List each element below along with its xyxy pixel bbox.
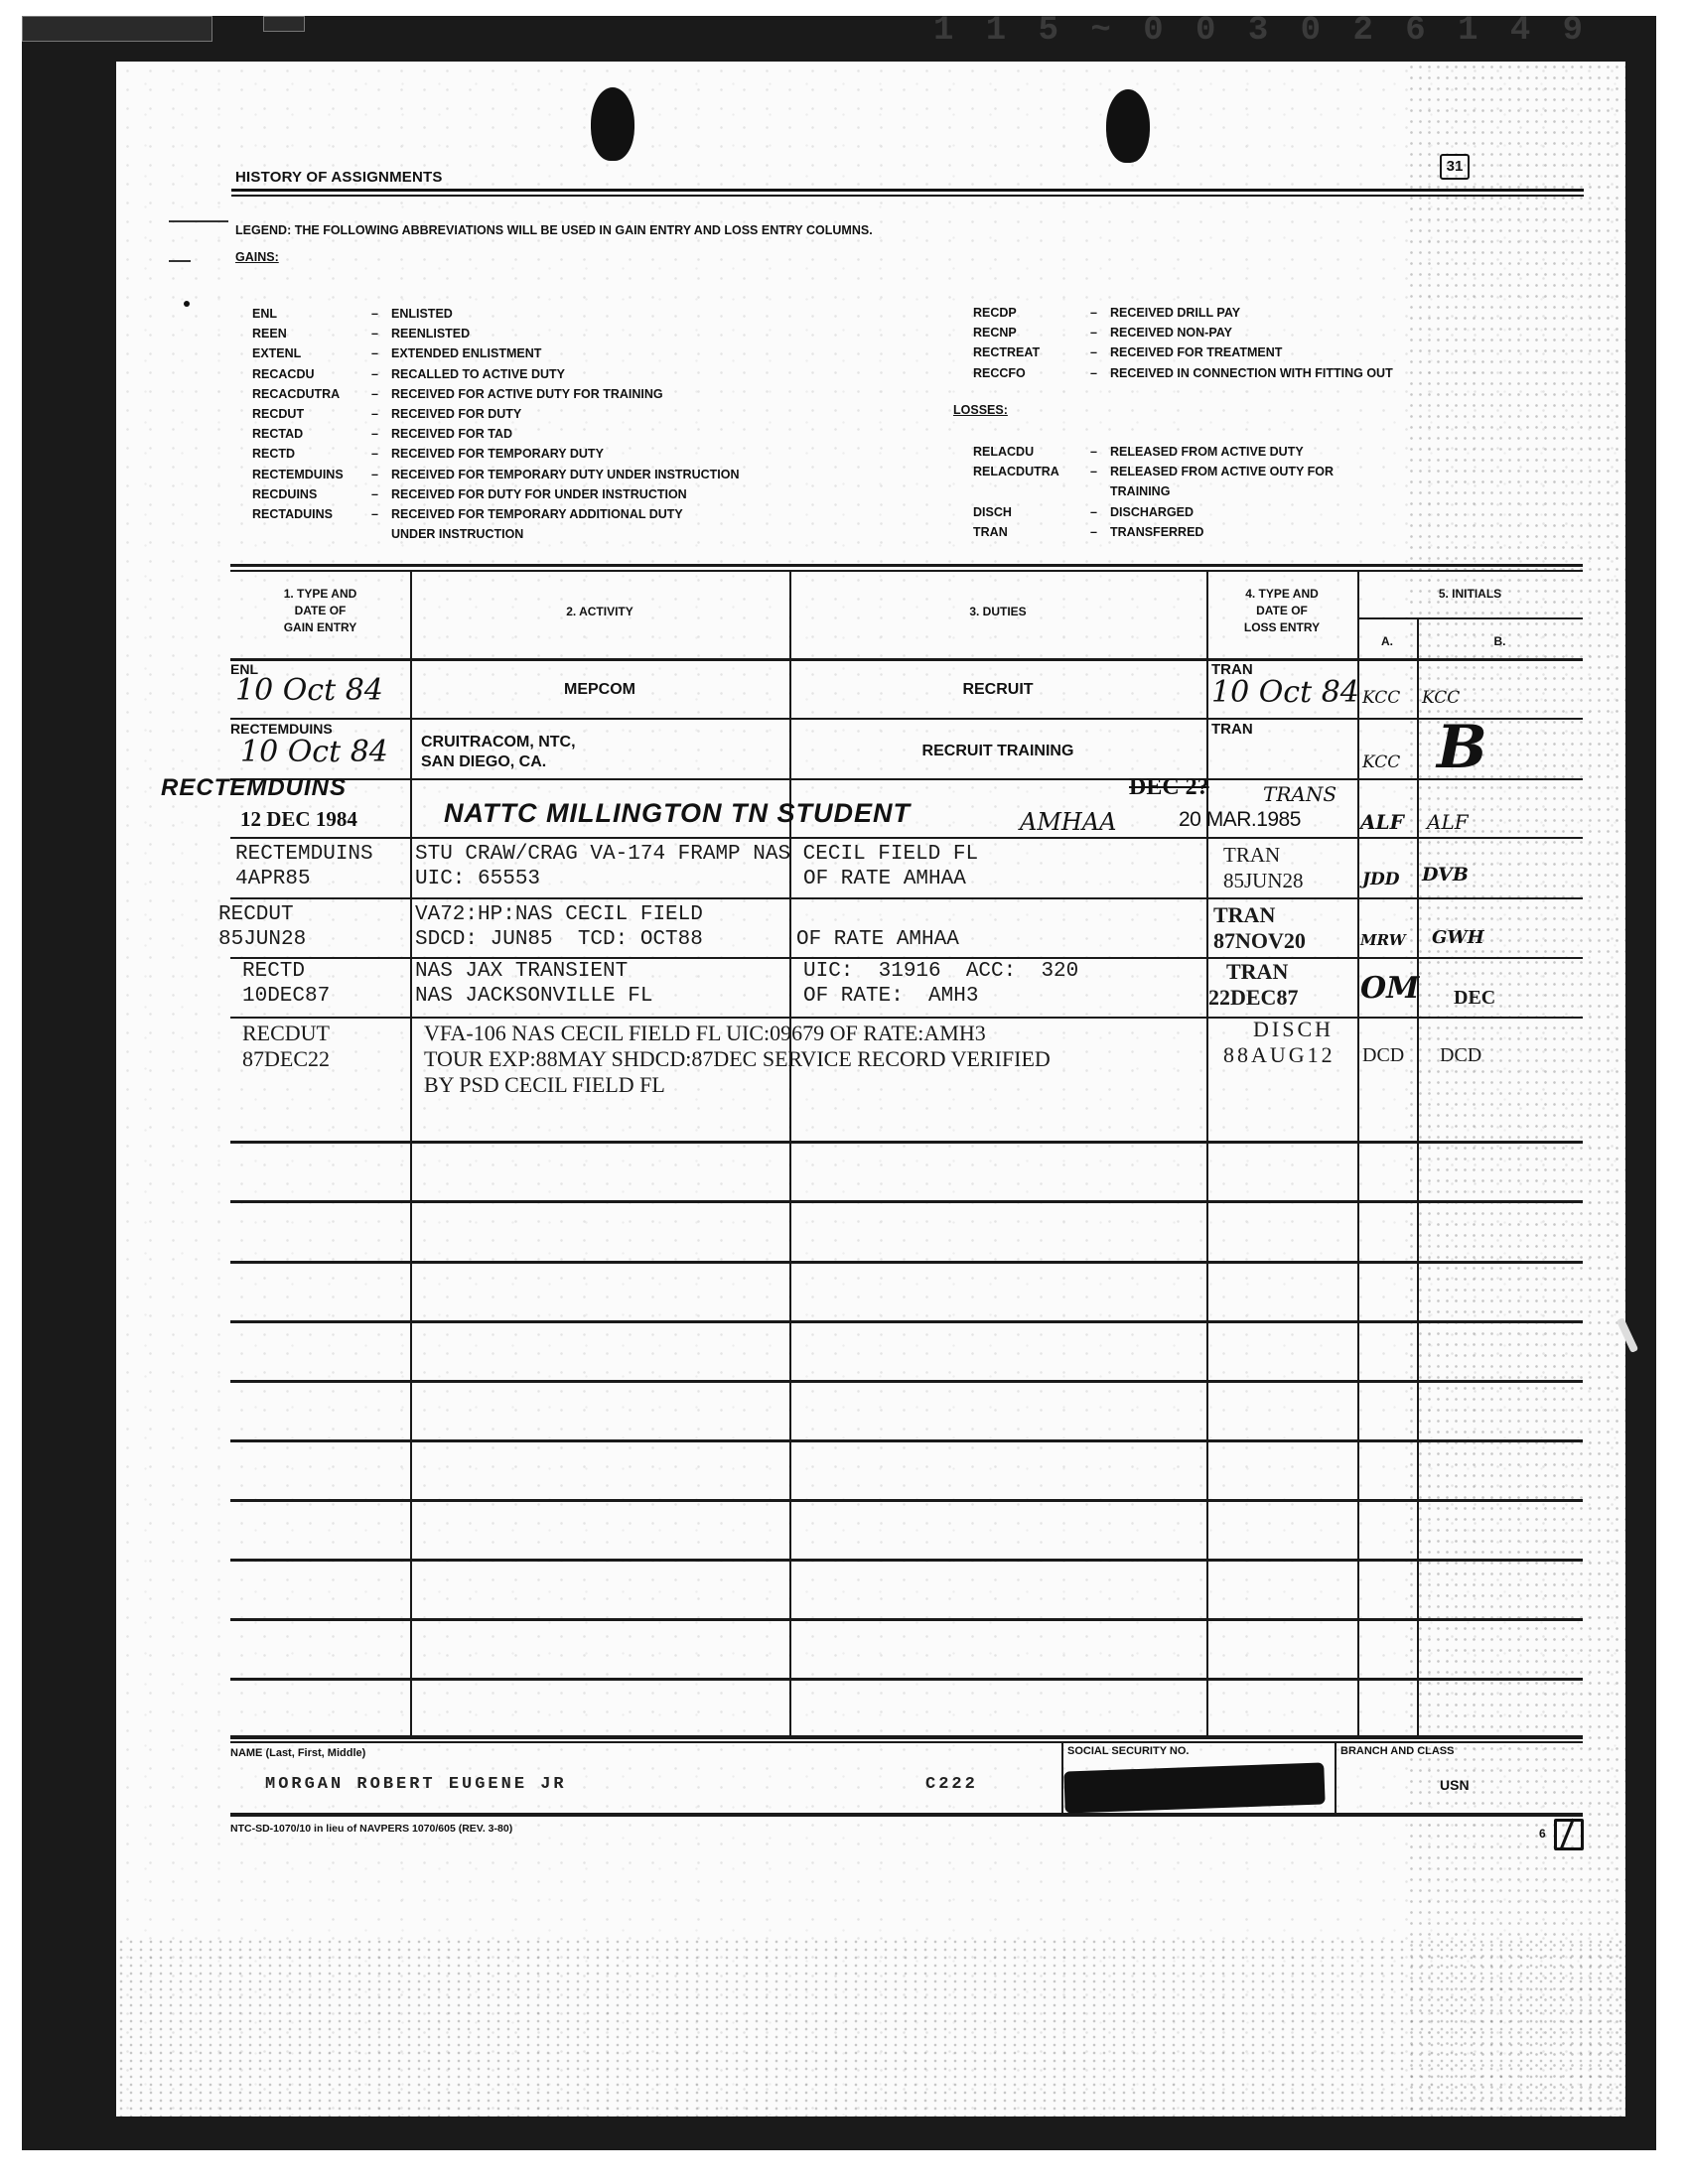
initials-a: KCC bbox=[1362, 688, 1400, 708]
table-rule bbox=[230, 1618, 1583, 1621]
activity-stamp: NATTC MILLINGTON TN STUDENT bbox=[444, 798, 911, 829]
page-number-box: 31 bbox=[1440, 154, 1470, 180]
legend-row: DISCH–DISCHARGED bbox=[973, 502, 1334, 522]
table-rule bbox=[230, 570, 1583, 572]
duties: UIC: 31916 ACC: 320OF RATE: AMH3 bbox=[803, 959, 1078, 1009]
legend-row: RECACDUTRA–RECEIVED FOR ACTIVE DUTY FOR … bbox=[252, 384, 740, 404]
name-value: MORGAN ROBERT EUGENE JR bbox=[265, 1775, 567, 1794]
column-divider bbox=[1357, 572, 1359, 1737]
top-stamp: 1 1 5 ~ 0 0 3 0 2 6 1 4 9 bbox=[933, 12, 1589, 50]
margin-mark bbox=[169, 260, 191, 262]
table-rule bbox=[230, 1200, 1583, 1203]
table-rule bbox=[230, 1741, 1583, 1743]
initials-b: B bbox=[1437, 713, 1487, 782]
legend-row: TRAN–TRANSFERRED bbox=[973, 522, 1334, 542]
initials-b: DVB bbox=[1422, 864, 1469, 886]
punch-hole-icon bbox=[591, 87, 634, 161]
header-duties: 3. DUTIES bbox=[789, 604, 1206, 620]
legend-text: LEGEND: THE FOLLOWING ABBREVIATIONS WILL… bbox=[235, 223, 873, 237]
scan-noise-bottom bbox=[116, 1938, 1625, 2116]
margin-dot bbox=[184, 301, 190, 307]
legend-row: RECTREAT–RECEIVED FOR TREATMENT bbox=[973, 342, 1393, 362]
legend-row: REEN–REENLISTED bbox=[252, 324, 740, 343]
loss-date-handwritten: 10 Oct 84 bbox=[1211, 675, 1359, 710]
document-title: HISTORY OF ASSIGNMENTS bbox=[235, 169, 443, 186]
duties: RECRUIT bbox=[789, 681, 1206, 699]
table-rule bbox=[230, 564, 1583, 567]
initials-a: MRW bbox=[1360, 931, 1406, 949]
gain-entry: RECDUT85JUN28 bbox=[218, 902, 306, 952]
loss-type-stamp: DEC 2? bbox=[1129, 774, 1209, 801]
legend-row: RECTEMDUINS–RECEIVED FOR TEMPORARY DUTY … bbox=[252, 465, 740, 484]
activity: MEPCOM bbox=[410, 681, 789, 699]
header-initials-b: B. bbox=[1417, 633, 1583, 650]
losses-heading: LOSSES: bbox=[953, 403, 1008, 417]
initials-b: KCC bbox=[1422, 688, 1460, 708]
legend-row: RECDP–RECEIVED DRILL PAY bbox=[973, 303, 1393, 323]
initials-b: GWH bbox=[1432, 927, 1484, 948]
legend-row: RELACDUTRA–RELEASED FROM ACTIVE OUTY FOR bbox=[973, 462, 1334, 481]
legend-row: UNDER INSTRUCTION bbox=[252, 524, 740, 544]
header-activity: 2. ACTIVITY bbox=[410, 604, 789, 620]
legend-row: RECCFO–RECEIVED IN CONNECTION WITH FITTI… bbox=[973, 363, 1393, 383]
initials-b: ALF bbox=[1427, 810, 1469, 834]
table-rule bbox=[230, 1380, 1583, 1383]
legend-row: RECACDU–RECALLED TO ACTIVE DUTY bbox=[252, 364, 740, 384]
name-code: C222 bbox=[925, 1775, 978, 1794]
table-rule bbox=[230, 1735, 1583, 1739]
loss-entry: TRAN87NOV20 bbox=[1213, 902, 1306, 954]
table-rule bbox=[230, 1141, 1583, 1144]
loss-entry: TRAN85JUN28 bbox=[1223, 842, 1304, 893]
branch-label: BRANCH AND CLASS bbox=[1340, 1745, 1454, 1757]
header-gain-entry: 1. TYPE AND DATE OF GAIN ENTRY bbox=[230, 586, 410, 636]
column-divider bbox=[410, 572, 412, 1737]
table-rule bbox=[230, 1439, 1583, 1442]
table-rule bbox=[230, 1017, 1583, 1019]
gains-heading: GAINS: bbox=[235, 250, 279, 264]
punch-hole-icon bbox=[1106, 89, 1150, 163]
table-rule bbox=[230, 837, 1583, 839]
header-initials: 5. INITIALS bbox=[1357, 586, 1583, 603]
ssn-label: SOCIAL SECURITY NO. bbox=[1067, 1745, 1189, 1757]
duties: OF RATE AMHAA bbox=[796, 927, 959, 952]
gain-date-stamp: 12 DEC 1984 bbox=[240, 807, 357, 832]
legend-row: EXTENL–EXTENDED ENLISTMENT bbox=[252, 343, 740, 363]
initials-a: DCD bbox=[1362, 1042, 1404, 1068]
duties-handwritten: AMHAA bbox=[1020, 808, 1117, 836]
table-rule bbox=[230, 658, 1583, 661]
activity: VA72:HP:NAS CECIL FIELDSDCD: JUN85 TCD: … bbox=[415, 902, 703, 952]
gain-date-handwritten: 10 Oct 84 bbox=[235, 673, 383, 708]
title-rule bbox=[231, 189, 1584, 192]
losses-list: RELACDU–RELEASED FROM ACTIVE DUTY RELACD… bbox=[973, 442, 1334, 542]
column-divider bbox=[1417, 618, 1419, 1737]
gain-entry: RECTD10DEC87 bbox=[242, 959, 330, 1009]
initials-a: OM bbox=[1360, 971, 1419, 1006]
table-rule bbox=[230, 1499, 1583, 1502]
table-rule bbox=[230, 718, 1583, 720]
scan-frame-tab bbox=[22, 16, 212, 42]
duties: RECRUIT TRAINING bbox=[789, 743, 1206, 760]
name-label: NAME (Last, First, Middle) bbox=[230, 1747, 365, 1759]
legend-row: RECNP–RECEIVED NON-PAY bbox=[973, 323, 1393, 342]
legend-row: RECTD–RECEIVED FOR TEMPORARY DUTY bbox=[252, 444, 740, 464]
table-rule bbox=[230, 778, 1583, 780]
corner-checkbox-icon bbox=[1554, 1819, 1584, 1850]
legend-row: ENL–ENLISTED bbox=[252, 304, 740, 324]
loss-note-handwritten: TRANS bbox=[1263, 782, 1336, 806]
header-loss-entry: 4. TYPE AND DATE OF LOSS ENTRY bbox=[1206, 586, 1357, 636]
branch-value: USN bbox=[1440, 1777, 1470, 1793]
gain-date-handwritten: 10 Oct 84 bbox=[240, 735, 388, 769]
footer-divider bbox=[1335, 1741, 1336, 1813]
legend-row: RECTADUINS–RECEIVED FOR TEMPORARY ADDITI… bbox=[252, 504, 740, 524]
page-mark: 6 bbox=[1539, 1827, 1546, 1841]
initials-b: DCD bbox=[1440, 1042, 1481, 1068]
loss-entry: TRAN22DEC87 bbox=[1208, 959, 1298, 1011]
gains-list-right: RECDP–RECEIVED DRILL PAY RECNP–RECEIVED … bbox=[973, 303, 1393, 383]
table-rule bbox=[230, 1678, 1583, 1681]
table-rule bbox=[230, 1261, 1583, 1264]
footer-rule bbox=[230, 1813, 1583, 1817]
legend-row: RELACDU–RELEASED FROM ACTIVE DUTY bbox=[973, 442, 1334, 462]
form-number: NTC-SD-1070/10 in lieu of NAVPERS 1070/6… bbox=[230, 1823, 512, 1835]
scan-noise-right bbox=[1407, 62, 1625, 2116]
activity: NAS JAX TRANSIENTNAS JACKSONVILLE FL bbox=[415, 959, 652, 1009]
loss-date-stamp: 20 MAR.1985 bbox=[1179, 808, 1301, 832]
legend-row: RECDUINS–RECEIVED FOR DUTY FOR UNDER INS… bbox=[252, 484, 740, 504]
legend-row: RECDUT–RECEIVED FOR DUTY bbox=[252, 404, 740, 424]
initials-a: JDD bbox=[1362, 870, 1400, 889]
table-rule bbox=[230, 897, 1583, 899]
gain-entry: RECTEMDUINS4APR85 bbox=[235, 842, 373, 891]
gain-type-stamp: RECTEMDUINS bbox=[161, 774, 347, 802]
duties: OF RATE AMHAA bbox=[803, 867, 966, 891]
gain-entry: RECDUT87DEC22 bbox=[242, 1021, 330, 1072]
initials-subrule bbox=[1357, 617, 1583, 619]
column-divider bbox=[1206, 572, 1208, 1737]
activity: VFA-106 NAS CECIL FIELD FL UIC:09679 OF … bbox=[424, 1021, 1051, 1098]
activity: CRUITRACOM, NTC, SAN DIEGO, CA. bbox=[421, 733, 576, 772]
gains-list-left: ENL–ENLISTED REEN–REENLISTED EXTENL–EXTE… bbox=[252, 304, 740, 544]
table-rule bbox=[230, 1559, 1583, 1562]
header-initials-a: A. bbox=[1357, 633, 1417, 650]
loss-type: TRAN bbox=[1211, 721, 1253, 738]
initials-a: KCC bbox=[1362, 752, 1400, 772]
legend-row: RECTAD–RECEIVED FOR TAD bbox=[252, 424, 740, 444]
scan-frame-tab bbox=[263, 16, 305, 32]
table-rule bbox=[230, 1320, 1583, 1323]
legend-row: TRAINING bbox=[973, 481, 1334, 501]
margin-mark bbox=[169, 220, 228, 222]
loss-entry: DISCH88AUG12 bbox=[1223, 1017, 1336, 1068]
initials-a: ALF bbox=[1360, 810, 1404, 834]
initials-b: DEC bbox=[1454, 985, 1495, 1011]
